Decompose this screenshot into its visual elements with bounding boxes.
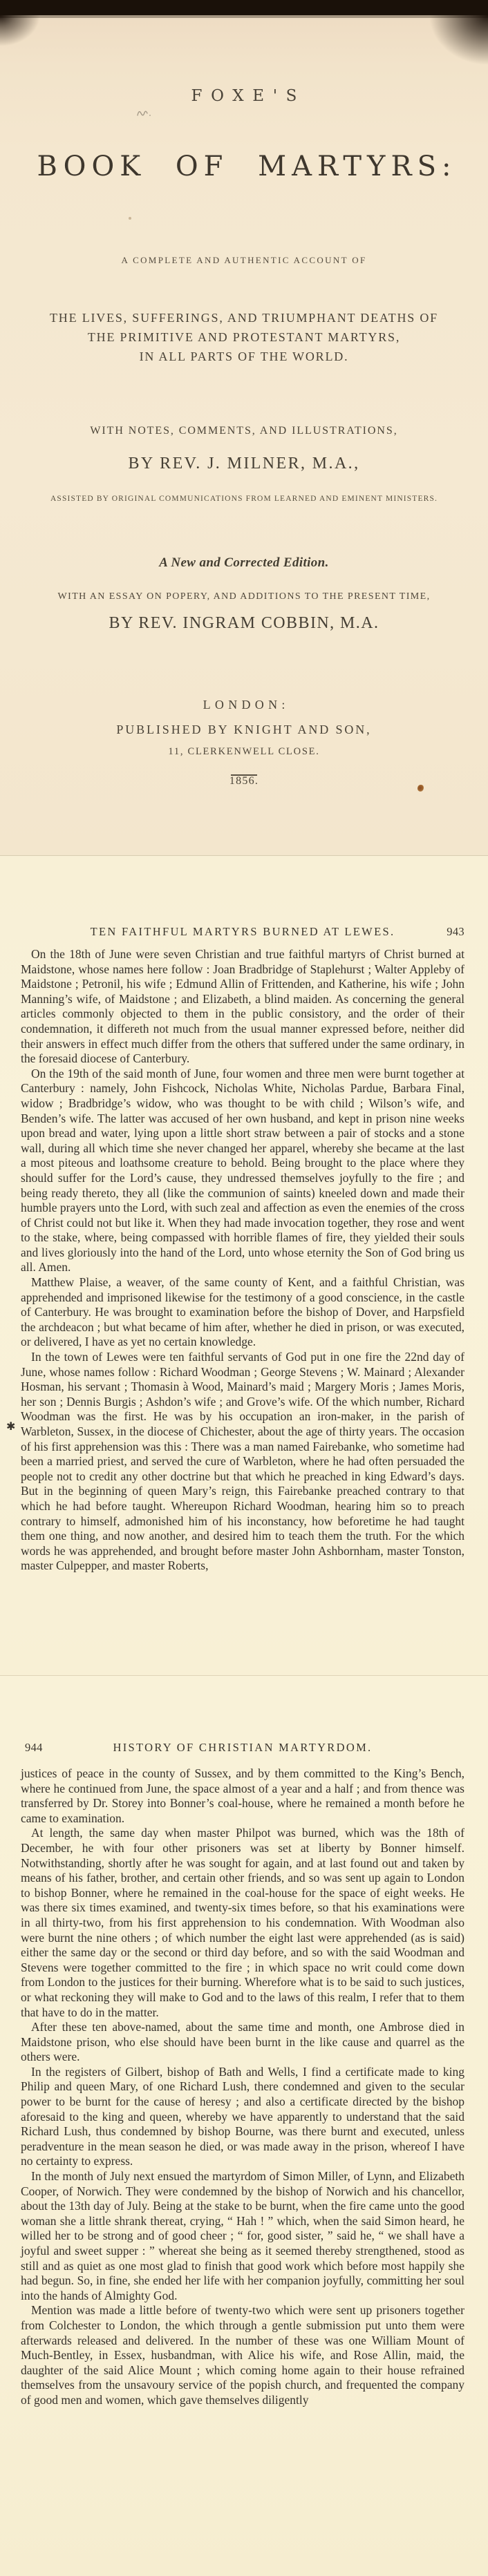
body-text-944: justices of peace in the county of Susse… xyxy=(21,1766,464,2408)
paragraph: At length, the same day when master Phil… xyxy=(21,1826,464,2020)
corner-shadow-top-left xyxy=(0,15,62,64)
description-block: THE LIVES, SUFFERINGS, AND TRIUMPHANT DE… xyxy=(0,308,488,366)
account-line: A COMPLETE AND AUTHENTIC ACCOUNT OF xyxy=(0,255,488,266)
page-number-944: 944 xyxy=(25,1741,43,1755)
paragraph: Matthew Plaise, a weaver, of the same co… xyxy=(21,1275,464,1350)
paragraph: After these ten above-named, about the s… xyxy=(21,2020,464,2065)
running-head-title: HISTORY OF CHRISTIAN MARTYRDOM. xyxy=(113,1741,373,1754)
description-line-3: IN ALL PARTS OF THE WORLD. xyxy=(0,347,488,366)
description-line-2: THE PRIMITIVE AND PROTESTANT MARTYRS, xyxy=(0,327,488,347)
paragraph: On the 18th of June were seven Christian… xyxy=(21,947,464,1067)
running-head-943: TEN FAITHFUL MARTYRS BURNED AT LEWES. 94… xyxy=(21,925,464,939)
page-943: TEN FAITHFUL MARTYRS BURNED AT LEWES. 94… xyxy=(0,855,488,1676)
page-944: 944 HISTORY OF CHRISTIAN MARTYRDOM. just… xyxy=(0,1675,488,2576)
book-scan: FOXE'S BOOK OF MARTYRS: A COMPLETE AND A… xyxy=(0,0,488,2576)
corner-shadow-top-right xyxy=(398,15,488,91)
page-number-943: 943 xyxy=(447,925,464,939)
imprint-year: 1856. xyxy=(0,775,488,788)
margin-asterisk: ✱ xyxy=(6,1420,15,1433)
imprint-publisher: PUBLISHED BY KNIGHT AND SON, xyxy=(0,723,488,737)
imprint-address: 11, CLERKENWELL CLOSE. xyxy=(0,746,488,758)
running-head-944: 944 HISTORY OF CHRISTIAN MARTYRDOM. xyxy=(21,1741,464,1755)
foxing-stain xyxy=(417,785,424,792)
handwritten-pencil-mark xyxy=(135,106,153,119)
paragraph: In the registers of Gilbert, bishop of B… xyxy=(21,2065,464,2169)
paper-fleck xyxy=(129,217,131,220)
paragraph: In the month of July next ensued the mar… xyxy=(21,2169,464,2303)
edition-line: A New and Corrected Edition. xyxy=(0,555,488,571)
paragraph: On the 19th of the said month of June, f… xyxy=(21,1067,464,1275)
editor-line: BY REV. INGRAM COBBIN, M.A. xyxy=(0,614,488,633)
book-title: BOOK OF MARTYRS: xyxy=(0,151,488,182)
paragraph: In the town of Lewes were ten faithful s… xyxy=(21,1350,464,1574)
page-top-shadow xyxy=(0,15,488,18)
notes-line: WITH NOTES, COMMENTS, AND ILLUSTRATIONS, xyxy=(0,425,488,437)
description-line-1: THE LIVES, SUFFERINGS, AND TRIUMPHANT DE… xyxy=(0,308,488,327)
half-title: FOXE'S xyxy=(0,87,488,105)
imprint-city: LONDON: xyxy=(0,698,488,712)
body-text-943: On the 18th of June were seven Christian… xyxy=(21,947,464,1574)
assisted-line: ASSISTED BY ORIGINAL COMMUNICATIONS FROM… xyxy=(0,495,488,503)
title-page: FOXE'S BOOK OF MARTYRS: A COMPLETE AND A… xyxy=(0,15,488,855)
running-head-title: TEN FAITHFUL MARTYRS BURNED AT LEWES. xyxy=(91,925,395,938)
author-line: BY REV. J. MILNER, M.A., xyxy=(0,455,488,473)
paragraph: Mention was made a little before of twen… xyxy=(21,2303,464,2407)
paragraph: justices of peace in the county of Susse… xyxy=(21,1766,464,1826)
essay-line: WITH AN ESSAY ON POPERY, AND ADDITIONS T… xyxy=(0,591,488,602)
